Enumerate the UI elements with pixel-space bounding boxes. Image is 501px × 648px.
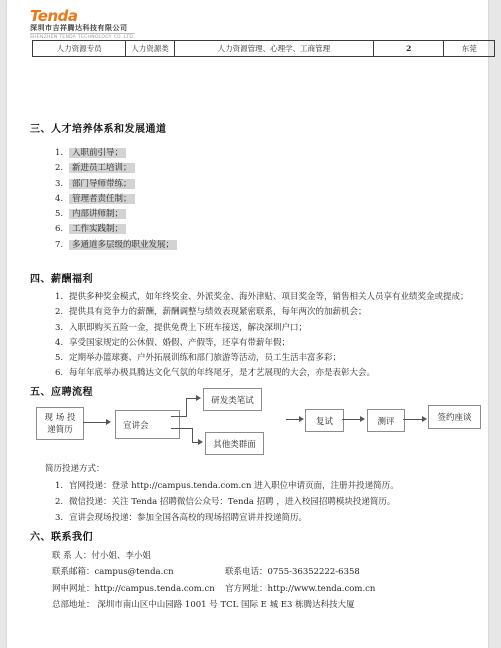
list-item: 5.内部讲师制； [55, 207, 177, 222]
application-flowchart: 现 场 投 递简历 宣讲会 研发类笔试 其他类群面 复试 测评 签约座谈 [7, 388, 488, 460]
resume-submit-list: 1.官网投递：登录 http://campus.tenda.com.cn 进入职… [55, 478, 399, 527]
flow-connector [403, 419, 422, 420]
apply-url: http://campus.tenda.com.cn [95, 584, 215, 594]
job-category-cell: 人力资源类 [125, 41, 174, 56]
flow-connector [171, 416, 186, 417]
flow-box-seminar: 宣讲会 [115, 410, 180, 439]
hq-address: 深圳市南山区中山园路 1001 号 TCL 国际 E 城 E3 栋腾达科技大厦 [97, 600, 354, 610]
list-item: 4.管理者责任制； [55, 192, 177, 207]
contact-block: 联 系 人：付小姐、李小姐 联系邮箱：campus@tenda.cn 联系电话：… [52, 548, 472, 613]
list-item: 6.每年年底举办极具腾达文化气氛的年终尾牙，是才艺展现的大会，亦是表彰大会。 [55, 366, 469, 381]
contact-person: 付小姐、李小姐 [91, 551, 151, 561]
list-item: 1.入职前引导； [55, 146, 177, 161]
contact-person-row: 联 系 人：付小姐、李小姐 [52, 548, 472, 564]
arrow-right-icon [299, 416, 304, 422]
job-position-cell: 人力资源专员 [33, 41, 125, 56]
list-item: 2.提供具有竞争力的薪酬，薪酬调整与绩效表现紧密联系，每年两次的加薪机会； [55, 305, 469, 320]
document-page: Tenda 深圳市吉祥腾达科技有限公司 SHENZHEN TENDA TECHN… [7, 0, 488, 648]
job-majors-cell: 人力资源管理、心理学、工商管理 [174, 41, 373, 56]
tenda-logo: Tenda 深圳市吉祥腾达科技有限公司 SHENZHEN TENDA TECHN… [30, 9, 135, 41]
flow-box-onsite-resume: 现 场 投 递简历 [36, 407, 84, 440]
arrow-right-icon [422, 416, 427, 422]
arrow-right-icon [196, 395, 201, 401]
brand-wordmark: Tenda [30, 9, 135, 24]
flow-connector [286, 419, 299, 420]
flow-connector [171, 428, 192, 429]
list-item: 1.官网投递：登录 http://campus.tenda.com.cn 进入职… [55, 478, 399, 494]
flow-connector [83, 422, 106, 423]
list-item: 7.多通道多层级的职业发展； [55, 238, 177, 253]
flow-connector [192, 428, 193, 442]
list-item: 3.入职即购买五险一金，提供免费上下班车接送，解决深圳户口； [55, 321, 469, 336]
flow-connector [186, 398, 187, 417]
contact-email-row: 联系邮箱：campus@tenda.cn 联系电话：0755-36352222-… [52, 564, 472, 580]
list-item: 2.微信投递：关注 Tenda 招聘微信公众号：Tenda 招聘 ，进入校园招聘… [55, 494, 399, 510]
resume-submit-title: 简历投递方式： [45, 462, 105, 474]
list-item: 4.享受国家规定的公休假、婚假、产假等，还享有带薪年假； [55, 336, 469, 351]
arrow-right-icon [198, 439, 203, 445]
job-headcount-cell: 2 [373, 41, 443, 56]
official-url: http://www.tenda.com.cn [268, 584, 376, 594]
arrow-right-icon [360, 416, 365, 422]
flow-box-signing-meeting: 签约座谈 [428, 405, 481, 429]
flow-box-rd-written-test: 研发类笔试 [203, 388, 262, 411]
contact-address-row: 总部地址： 深圳市南山区中山园路 1001 号 TCL 国际 E 城 E3 栋腾… [52, 597, 472, 613]
contact-phone: 0755-36352222-6358 [268, 567, 360, 577]
flow-box-other-group-interview: 其他类群面 [205, 432, 264, 455]
arrow-right-icon [106, 419, 111, 425]
contact-url-row: 网申网址：http://campus.tenda.com.cn 官方网址：htt… [52, 581, 472, 597]
job-location-cell: 东莞 [443, 41, 494, 56]
job-position-table: 人力资源专员 人力资源类 人力资源管理、心理学、工商管理 2 东莞 [32, 40, 495, 57]
section-salary-title: 四、薪酬福利 [30, 270, 93, 285]
contact-email: campus@tenda.cn [95, 567, 174, 577]
list-item: 3.宣讲会现场投递：参加全国各高校的现场招聘宣讲并投递简历。 [55, 510, 399, 526]
flow-box-second-interview: 复试 [305, 409, 344, 432]
company-name-cn: 深圳市吉祥腾达科技有限公司 [30, 24, 135, 32]
section-contact-title: 六、联系我们 [30, 528, 93, 543]
list-item: 5.定期举办篮球赛、户外拓展训练和部门旅游等活动，员工生活丰富多彩； [55, 351, 469, 366]
list-item: 3.部门导师带练； [55, 177, 177, 192]
salary-list: 1.提供多种奖金模式，如年终奖金、外派奖金、海外津贴、项目奖金等，销售相关人员享… [55, 290, 469, 382]
list-item: 6.工作实践制； [55, 222, 177, 237]
training-list: 1.入职前引导； 2.新进员工培训； 3.部门导师带练； 4.管理者责任制； 5… [55, 146, 177, 253]
section-training-title: 三、人才培养体系和发展通道 [30, 120, 167, 135]
list-item: 1.提供多种奖金模式，如年终奖金、外派奖金、海外津贴、项目奖金等，销售相关人员享… [55, 290, 469, 305]
list-item: 2.新进员工培训； [55, 161, 177, 176]
flow-box-assessment: 测评 [367, 409, 405, 432]
flow-connector [342, 419, 360, 420]
